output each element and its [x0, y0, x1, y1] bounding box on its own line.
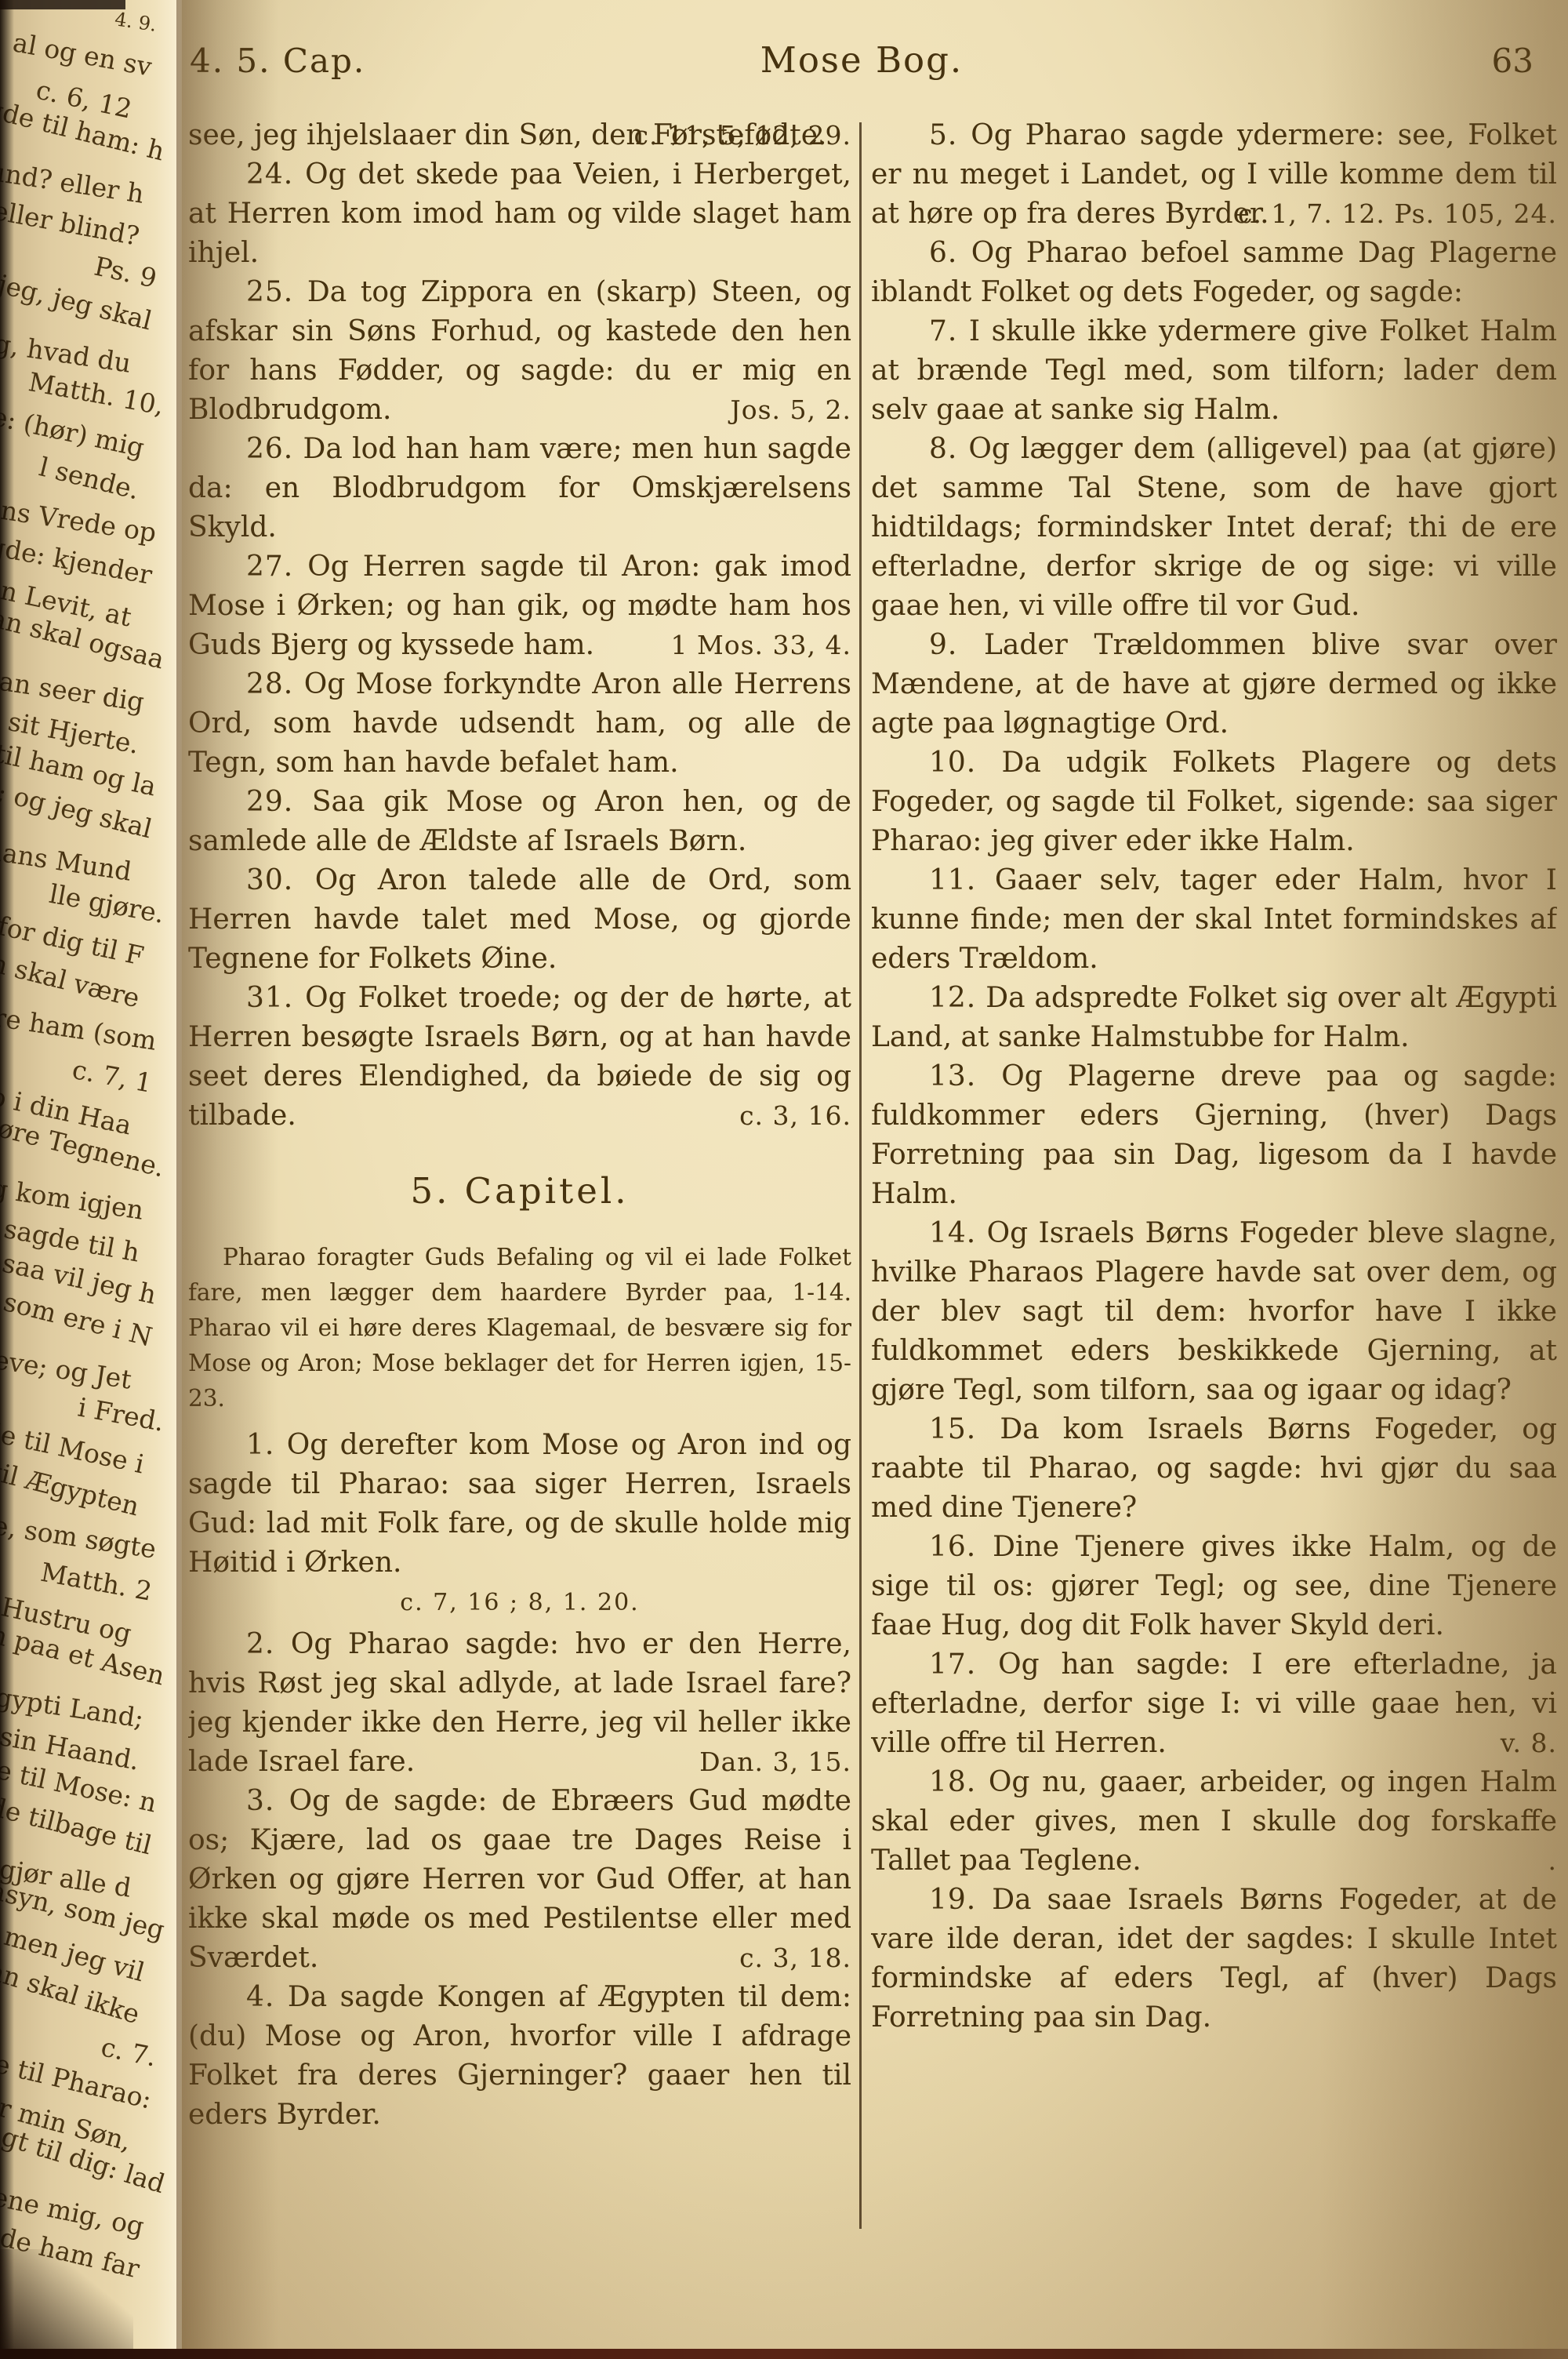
verse-10: 10. Da udgik Folkets Plagere og dets Fog… — [871, 743, 1557, 861]
margin-fragment: al og en sv — [11, 28, 154, 81]
verse-number: 5. — [929, 119, 957, 151]
verse-number: 11. — [929, 864, 976, 896]
verse-5: 5. Og Pharao sagde ydermere: see, Folket… — [871, 116, 1557, 234]
page-header: 4. 5. Cap. Mose Bog. 63 — [190, 39, 1534, 81]
text-columns: see, jeg ihjelslaaer din Søn, den Første… — [188, 116, 1557, 2346]
verse-1: 1. Og derefter kom Mose og Aron ind og s… — [188, 1426, 851, 1583]
book-page-photo: 4. 9.al og en svc. 6, 12agde til ham: hM… — [0, 0, 1568, 2359]
verse-text: Og derefter kom Mose og Aron ind og sagd… — [188, 1429, 851, 1579]
verse-26: 26. Da lod han ham være; men hun sagde d… — [188, 430, 851, 547]
text-column-right: 5. Og Pharao sagde ydermere: see, Folket… — [871, 116, 1557, 2346]
verse-3: 3. Og de sagde: de Ebræers Gud mødte os;… — [188, 1782, 851, 1978]
verse-number: 14. — [929, 1217, 976, 1249]
verse-4: 4. Da sagde Kongen af Ægypten til dem: (… — [188, 1978, 851, 2135]
verse-number: 30. — [246, 864, 293, 896]
verse-number: 18. — [929, 1766, 976, 1798]
verse-7: 7. I skulle ikke ydermere give Folket Ha… — [871, 312, 1557, 430]
verse-28: 28. Og Mose forkyndte Aron alle Herrens … — [188, 665, 851, 783]
verse-25: 25. Da tog Zippora en (skarp) Steen, og … — [188, 273, 851, 430]
verse-30: 30. Og Aron talede alle de Ord, som Herr… — [188, 861, 851, 979]
verse-text: Lader Trældommen blive svar over Mændene… — [871, 629, 1557, 740]
verse-number: 27. — [246, 551, 293, 583]
verse-2: 2. Og Pharao sagde: hvo er den Herre, hv… — [188, 1625, 851, 1782]
verse-text: Og Pharao befoel samme Dag Plagerne ibla… — [871, 237, 1557, 308]
chapter-range-label: 4. 5. Cap. — [190, 42, 760, 80]
margin-fragment: Matth. 2 — [38, 1558, 154, 1606]
verse-15: 15. Da kom Israels Børns Fogeder, og raa… — [871, 1410, 1557, 1528]
verse-number: 7. — [929, 315, 957, 347]
margin-fragment: c. 7. — [99, 2033, 159, 2071]
margin-fragment: i Fred. — [76, 1393, 167, 1436]
verse-number: 25. — [246, 276, 293, 308]
verse-12: 12. Da adspredte Folket sig over alt Ægy… — [871, 979, 1557, 1057]
cross-reference-centered: c. 7, 16 ; 8, 1. 20. — [188, 1584, 851, 1622]
verse-number: 12. — [929, 982, 976, 1014]
running-book-title: Mose Bog. — [760, 39, 963, 81]
verse-number: 31. — [246, 982, 293, 1014]
verse-19: 19. Da saae Israels Børns Fogeder, at de… — [871, 1881, 1557, 2037]
book-page: 4. 5. Cap. Mose Bog. 63 see, jeg ihjelsl… — [182, 0, 1568, 2359]
verse-text: Da sagde Kongen af Ægypten til dem: (du)… — [188, 1981, 851, 2131]
verse-number: 16. — [929, 1531, 976, 1563]
margin-fragment: 4. 9. — [112, 5, 158, 39]
chapter-heading: 5. Capitel. — [188, 1170, 851, 1212]
verse-number: 29. — [246, 786, 293, 818]
verse-9: 9. Lader Trældommen blive svar over Mænd… — [871, 626, 1557, 743]
verse-text: Og lægger dem (alligevel) paa (at gjøre)… — [871, 433, 1557, 622]
verse-number: 2. — [246, 1628, 274, 1660]
verse-number: 15. — [929, 1413, 976, 1445]
verse-number: 28. — [246, 668, 293, 700]
verse-number: 9. — [929, 629, 957, 661]
verse-number: 4. — [246, 1981, 274, 2013]
column-divider-rule — [859, 122, 862, 2229]
verse-11: 11. Gaaer selv, tager eder Halm, hvor I … — [871, 861, 1557, 979]
verse-number: 8. — [929, 433, 957, 465]
verse-number: 10. — [929, 747, 976, 779]
verse-14: 14. Og Israels Børns Fogeder bleve slagn… — [871, 1214, 1557, 1410]
verse-number: 1. — [246, 1429, 274, 1461]
text-column-left: see, jeg ihjelslaaer din Søn, den Første… — [188, 116, 851, 2346]
margin-fragment: dnu leve; og Jet — [0, 1336, 133, 1394]
margin-fragment: ned hans Mund — [0, 828, 133, 886]
verse-8: 8. Og lægger dem (alligevel) paa (at gjø… — [871, 430, 1557, 626]
verse-number: 24. — [246, 158, 293, 191]
summary: Pharao foragter Guds Befaling og vil ei … — [188, 1240, 851, 1416]
chapter-summary-text: Pharao foragter Guds Befaling og vil ei … — [188, 1244, 851, 1412]
margin-fragment: c. 7, 1 — [70, 1056, 154, 1098]
previous-page-edge: 4. 9.al og en svc. 6, 12agde til ham: hM… — [0, 0, 184, 2359]
verse-18: 18. Og nu, gaaer, arbeider, og ingen Hal… — [871, 1763, 1557, 1881]
margin-fragment: lle gjøre. — [47, 880, 166, 929]
verse-number: 13. — [929, 1060, 976, 1092]
verse-number: 3. — [246, 1785, 274, 1817]
verse-27: 27. Og Herren sagde til Aron: gak imod M… — [188, 547, 851, 665]
page-number: 63 — [963, 42, 1534, 80]
verse-number: 6. — [929, 237, 957, 269]
margin-fragment: l sende. — [37, 453, 143, 504]
verse-13: 13. Og Plagerne dreve paa og sagde: fuld… — [871, 1057, 1557, 1214]
verse-number: 19. — [929, 1884, 976, 1916]
verse-31: 31. Og Folket troede; og der de hørte, a… — [188, 979, 851, 1136]
verse-number: 26. — [246, 433, 293, 465]
verse-29: 29. Saa gik Mose og Aron hen, og de saml… — [188, 783, 851, 861]
margin-fragment: Ps. 9 — [92, 253, 159, 293]
verse-17: 17. Og han sagde: I ere efterladne, ja e… — [871, 1645, 1557, 1763]
verse-text: I skulle ikke ydermere give Folket Halm … — [871, 315, 1557, 426]
continuation: see, jeg ihjelslaaer din Søn, den Første… — [188, 116, 851, 155]
verse-number: 17. — [929, 1648, 976, 1681]
verse-6: 6. Og Pharao befoel samme Dag Plagerne i… — [871, 234, 1557, 312]
verse-24: 24. Og det skede paa Veien, i Herberget,… — [188, 155, 851, 273]
verse-16: 16. Dine Tjenere gives ikke Halm, og de … — [871, 1528, 1557, 1645]
